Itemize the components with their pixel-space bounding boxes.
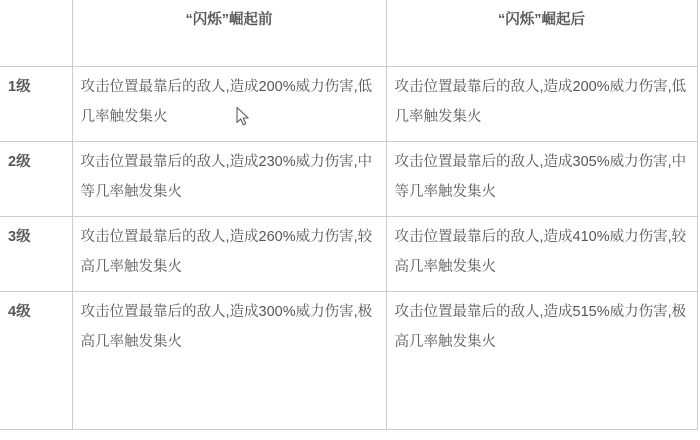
level-label: 2级 [0,141,72,216]
after-rise-description: 攻击位置最靠后的敌人,造成410%威力伤害,较高几率触发集火 [386,216,697,291]
level-label: 1级 [0,66,72,141]
before-rise-description: 攻击位置最靠后的敌人,造成200%威力伤害,低几率触发集火 [72,66,386,141]
level-label: 4级 [0,291,72,429]
before-rise-description: 攻击位置最靠后的敌人,造成230%威力伤害,中等几率触发集火 [72,141,386,216]
table-row: 4级 攻击位置最靠后的敌人,造成300%威力伤害,极高几率触发集火 攻击位置最靠… [0,291,697,429]
after-rise-description: 攻击位置最靠后的敌人,造成200%威力伤害,低几率触发集火 [386,66,697,141]
after-rise-description: 攻击位置最靠后的敌人,造成305%威力伤害,中等几率触发集火 [386,141,697,216]
before-rise-description: 攻击位置最靠后的敌人,造成300%威力伤害,极高几率触发集火 [72,291,386,429]
table-row: 2级 攻击位置最靠后的敌人,造成230%威力伤害,中等几率触发集火 攻击位置最靠… [0,141,697,216]
header-cell-before-rise: “闪烁”崛起前 [72,0,386,66]
header-cell-level [0,0,72,66]
table-row: 1级 攻击位置最靠后的敌人,造成200%威力伤害,低几率触发集火 攻击位置最靠后… [0,66,697,141]
page: { "page": { "background": "#ffffff", "bo… [0,0,700,440]
level-label: 3级 [0,216,72,291]
before-rise-description: 攻击位置最靠后的敌人,造成260%威力伤害,较高几率触发集火 [72,216,386,291]
table-header-row: “闪烁”崛起前 “闪烁”崛起后 [0,0,697,66]
after-rise-description: 攻击位置最靠后的敌人,造成515%威力伤害,极高几率触发集火 [386,291,697,429]
header-cell-after-rise: “闪烁”崛起后 [386,0,697,66]
skill-level-table: “闪烁”崛起前 “闪烁”崛起后 1级 攻击位置最靠后的敌人,造成200%威力伤害… [0,0,698,430]
table-row: 3级 攻击位置最靠后的敌人,造成260%威力伤害,较高几率触发集火 攻击位置最靠… [0,216,697,291]
